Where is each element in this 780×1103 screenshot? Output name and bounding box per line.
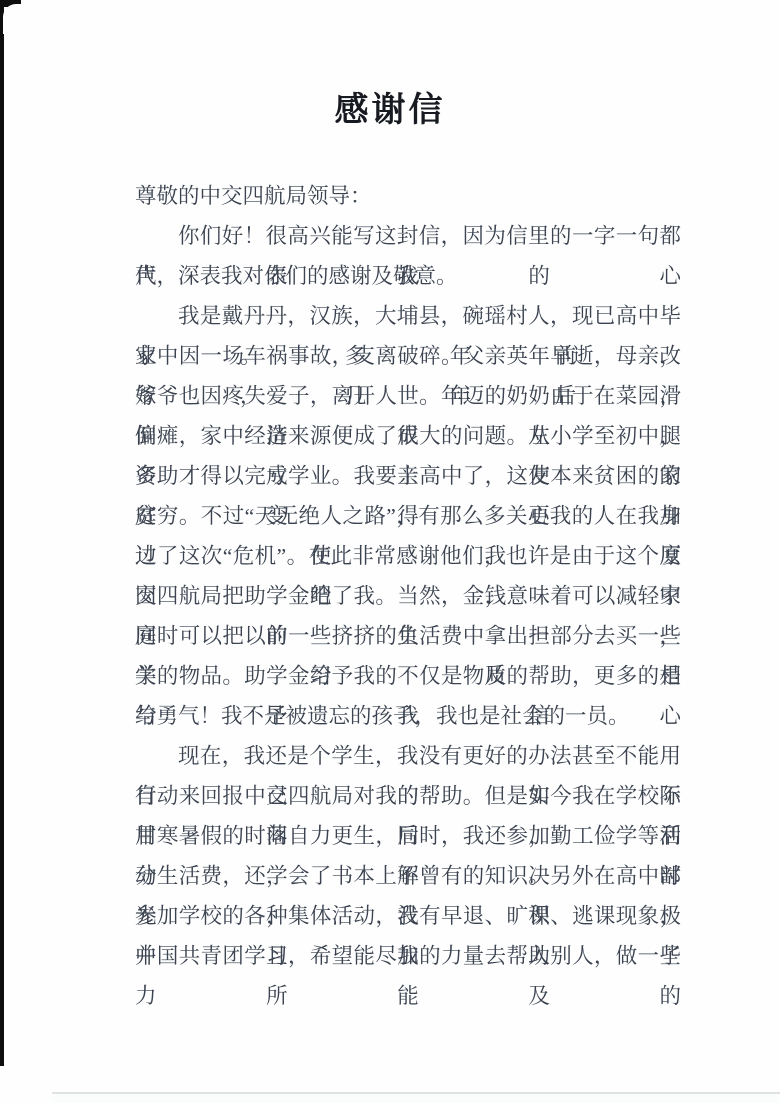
letter-salutation: 尊敬的中交四航局领导：	[135, 176, 681, 216]
letter-line: 你们好！很高兴能写这封信，因为信里的一字一句都代表我的心	[135, 216, 681, 256]
letter-line: 参加学校的各种集体活动，没有早退、旷课、逃课现象，并且加入了	[135, 896, 681, 936]
paper-rounded-corner	[3, 4, 33, 34]
letter-line: 同时可以把以前一些挤挤的生活费中拿出一部分去买一些学习及相	[135, 616, 681, 656]
letter-line: 中国共青团学习，希望能尽我的力量去帮助别人，做一些力所能及的	[135, 936, 681, 976]
letter-line: 贫穷。不过“天无绝人之路”，有那么多关心我的人在我身边使我度	[135, 496, 681, 536]
letter-line: 过了这次“危机”。在此非常感谢他们，也许是由于这个原因吧，中	[135, 536, 681, 576]
letter-line: 用寒暑假的时间自力更生，同时，我还参加勤工俭学等活动，解决部	[135, 816, 681, 856]
letter-line: 偏瘫，家中经济来源便成了很大的问题。从小学至初中，多亏亲友的	[135, 416, 681, 456]
letter-line: 现在，我还是个学生，我没有更好的办法甚至不能用自己的实际	[135, 736, 681, 776]
letter-line: 分生活费，还学会了书本上不曾有的知识。另外在高中时光，我积极	[135, 856, 681, 896]
scan-edge-left	[0, 0, 4, 1066]
letter-line: 与勇气！我不是被遗忘的孩子，我也是社会的一员。	[135, 696, 681, 736]
letter-line: 我是戴丹丹，汉族，大埔县，碗瑶村人，现已高中毕业。多年前，	[135, 296, 681, 336]
letter-line: 关的物品。助学金给予我的不仅是物质的帮助，更多的是给予我信心	[135, 656, 681, 696]
letter-line: 行动来回报中交四航局对我的帮助。但是如今我在学校不甘落后，利	[135, 776, 681, 816]
letter-body: 尊敬的中交四航局领导： 你们好！很高兴能写这封信，因为信里的一字一句都代表我的心…	[135, 176, 681, 976]
letter-line: 家中因一场车祸事故，支离破碎。父亲英年早逝，母亲改嫁，几年后，	[135, 336, 681, 376]
letter-title: 感谢信	[0, 88, 780, 132]
letter-line: 爷爷也因疼失爱子，离开人世。年迈的奶奶由于在菜园滑倒造成左腿	[135, 376, 681, 416]
scan-below-page-area	[52, 1094, 780, 1103]
scanned-letter-page: 感谢信 尊敬的中交四航局领导： 你们好！很高兴能写这封信，因为信里的一字一句都代…	[0, 0, 780, 1103]
letter-line: 资助才得以完成学业。我要上高中了，这使本来贫困的家庭变得更加	[135, 456, 681, 496]
letter-line: 交四航局把助学金给了我。当然，金钱意味着可以减轻家庭的负担，	[135, 576, 681, 616]
